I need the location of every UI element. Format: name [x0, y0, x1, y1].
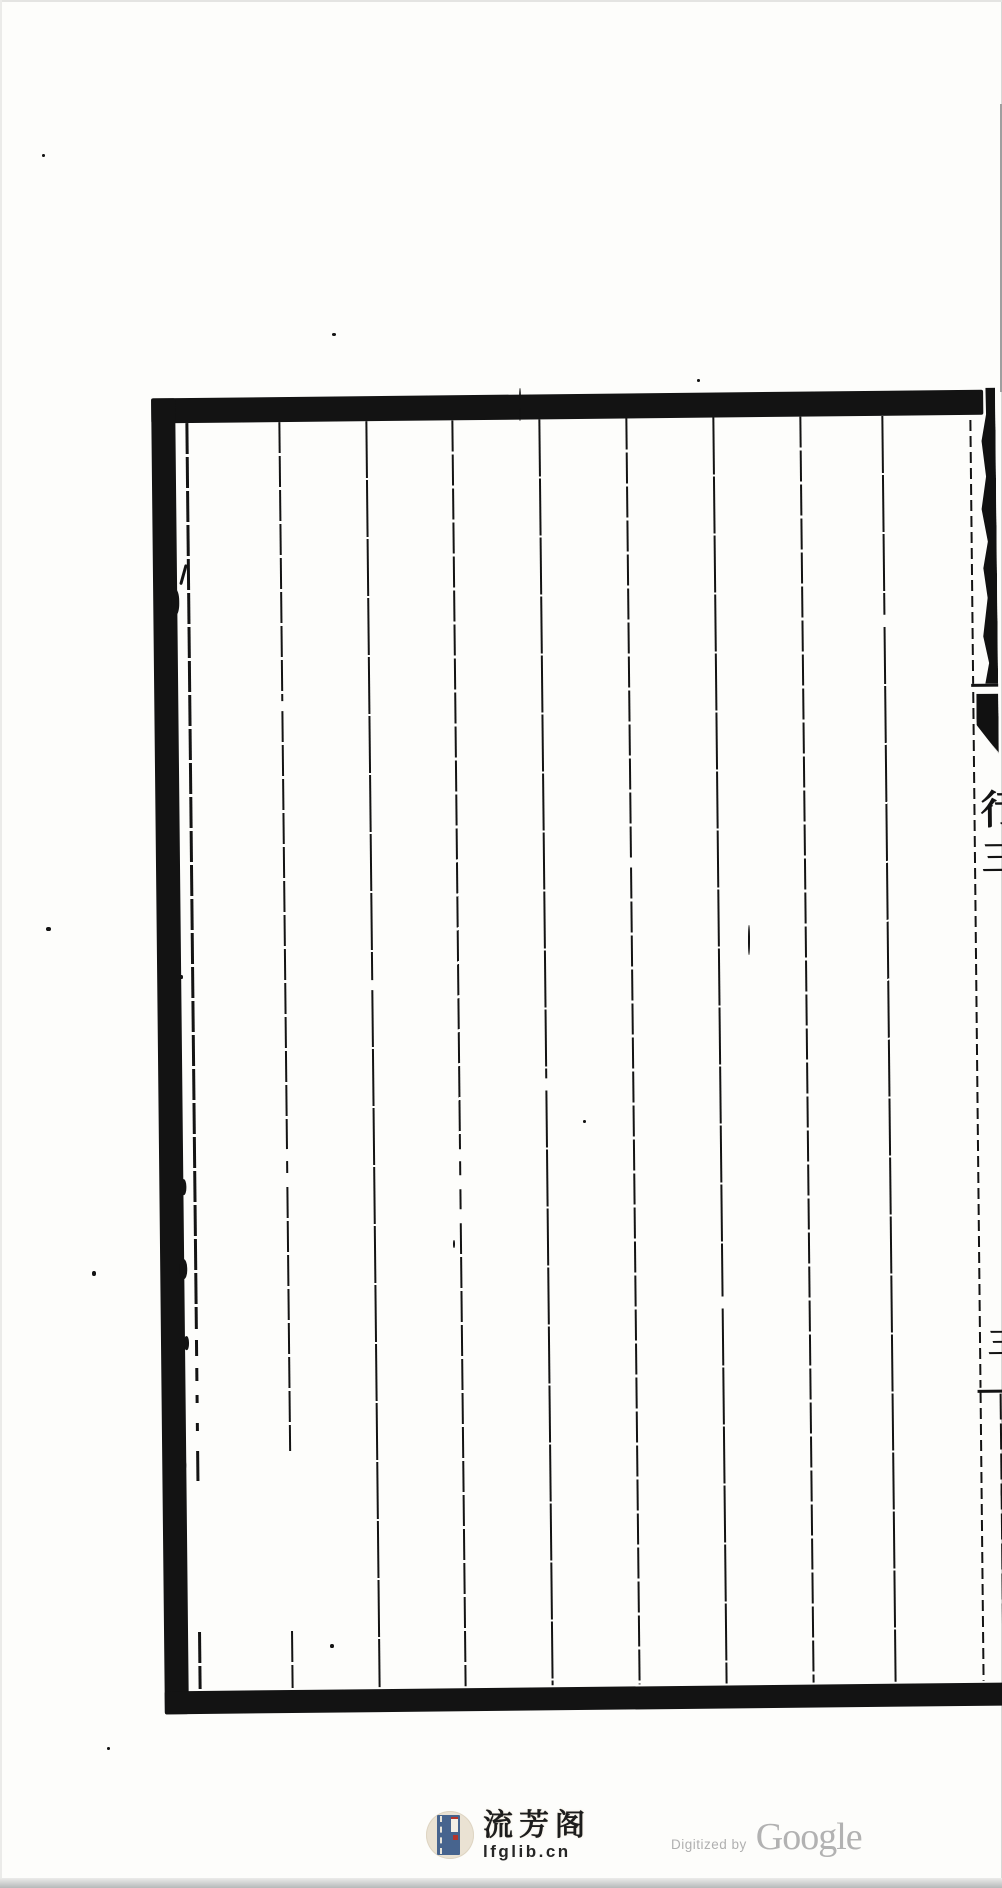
column-rule-line — [286, 1161, 288, 1173]
ink-blob — [180, 1179, 186, 1195]
edge-character-fragment: 三 — [982, 841, 1002, 877]
column-rule-line — [980, 1392, 985, 1681]
column-rule-line — [459, 1189, 461, 1209]
column-rule-line — [371, 990, 380, 1687]
column-rule-line — [196, 1451, 199, 1481]
column-rule-line — [291, 1631, 294, 1688]
column-rule-line — [459, 1161, 461, 1175]
lfglib-logo: 流芳阁 lfglib.cn — [426, 1809, 591, 1860]
logo-title: 流芳阁 — [483, 1809, 591, 1842]
column-rule-line — [799, 417, 814, 1683]
column-rule-line — [722, 1308, 728, 1683]
ink-blob — [179, 1259, 187, 1279]
ink-speck — [697, 379, 700, 382]
column-rule-line — [969, 420, 974, 684]
ink-speck — [519, 388, 521, 421]
column-rule-line — [712, 418, 723, 1297]
ink-speck — [46, 927, 51, 931]
ink-speck — [107, 1747, 110, 1750]
screenshot-root: { "page": { "kind": "scanned ruled leaf … — [0, 0, 1002, 1888]
book-stitch-detail — [440, 1816, 442, 1854]
frame-bottom-border — [165, 1683, 1002, 1715]
ink-speck — [330, 1644, 334, 1648]
logo-site-url: lfglib.cn — [483, 1843, 591, 1860]
column-rule-line — [195, 1368, 198, 1381]
ink-blob-scratch — [972, 724, 999, 755]
book-seal-mark — [453, 1835, 458, 1840]
logo-text: 流芳阁 lfglib.cn — [483, 1809, 591, 1860]
ink-speck — [583, 1120, 586, 1123]
column-rule-line — [881, 416, 885, 615]
ink-blob — [184, 1336, 189, 1350]
google-wordmark: Google — [756, 1818, 862, 1856]
binding-ink-stripe — [979, 388, 998, 684]
binding-rule-upper — [971, 684, 998, 687]
ink-speck — [180, 975, 183, 979]
column-rule-line — [281, 711, 288, 1149]
column-rule-line — [538, 419, 547, 1078]
column-rule-line — [195, 1340, 198, 1356]
logo-circle — [426, 1811, 474, 1859]
column-rule-line — [365, 421, 373, 980]
digitized-by: Digitized by Google — [671, 1818, 862, 1856]
scanned-page: 行 三 三 流芳阁 lfglib.cn Digitized by Google — [0, 0, 1002, 1888]
column-rule-line — [625, 418, 632, 859]
column-rule-line — [286, 1187, 291, 1451]
edge-character-fragment: 行 — [980, 790, 1002, 830]
column-rule-line — [451, 420, 461, 1149]
column-rule-line — [196, 1395, 199, 1403]
column-rule-line — [545, 1090, 553, 1685]
edge-character-fragment: 三 — [988, 1328, 1002, 1359]
ink-speck — [748, 925, 750, 955]
column-rule-line — [460, 1223, 467, 1686]
frame-left-border — [151, 398, 189, 1714]
scan-frame: 行 三 三 — [0, 0, 1002, 1888]
column-rule-line — [630, 867, 641, 1684]
column-rule-line — [196, 1423, 199, 1431]
watermark-bar: 流芳阁 lfglib.cn Digitized by Google — [0, 1800, 1002, 1872]
ink-speck — [332, 333, 336, 336]
ink-speck — [92, 1271, 96, 1276]
binding-ink-blob — [976, 694, 999, 754]
column-rule-line — [884, 627, 897, 1682]
ink-blob — [171, 589, 179, 615]
digitized-prefix: Digitized by — [671, 1837, 747, 1852]
ink-speck — [42, 154, 45, 157]
ink-blob — [180, 1459, 186, 1471]
book-title-label — [451, 1817, 458, 1832]
column-rule-line — [198, 1632, 202, 1689]
ink-speck — [453, 1240, 455, 1248]
column-rule-line — [185, 423, 197, 1329]
column-rule-line — [278, 422, 283, 701]
book-icon — [437, 1815, 460, 1855]
frame-top-border — [151, 390, 983, 424]
